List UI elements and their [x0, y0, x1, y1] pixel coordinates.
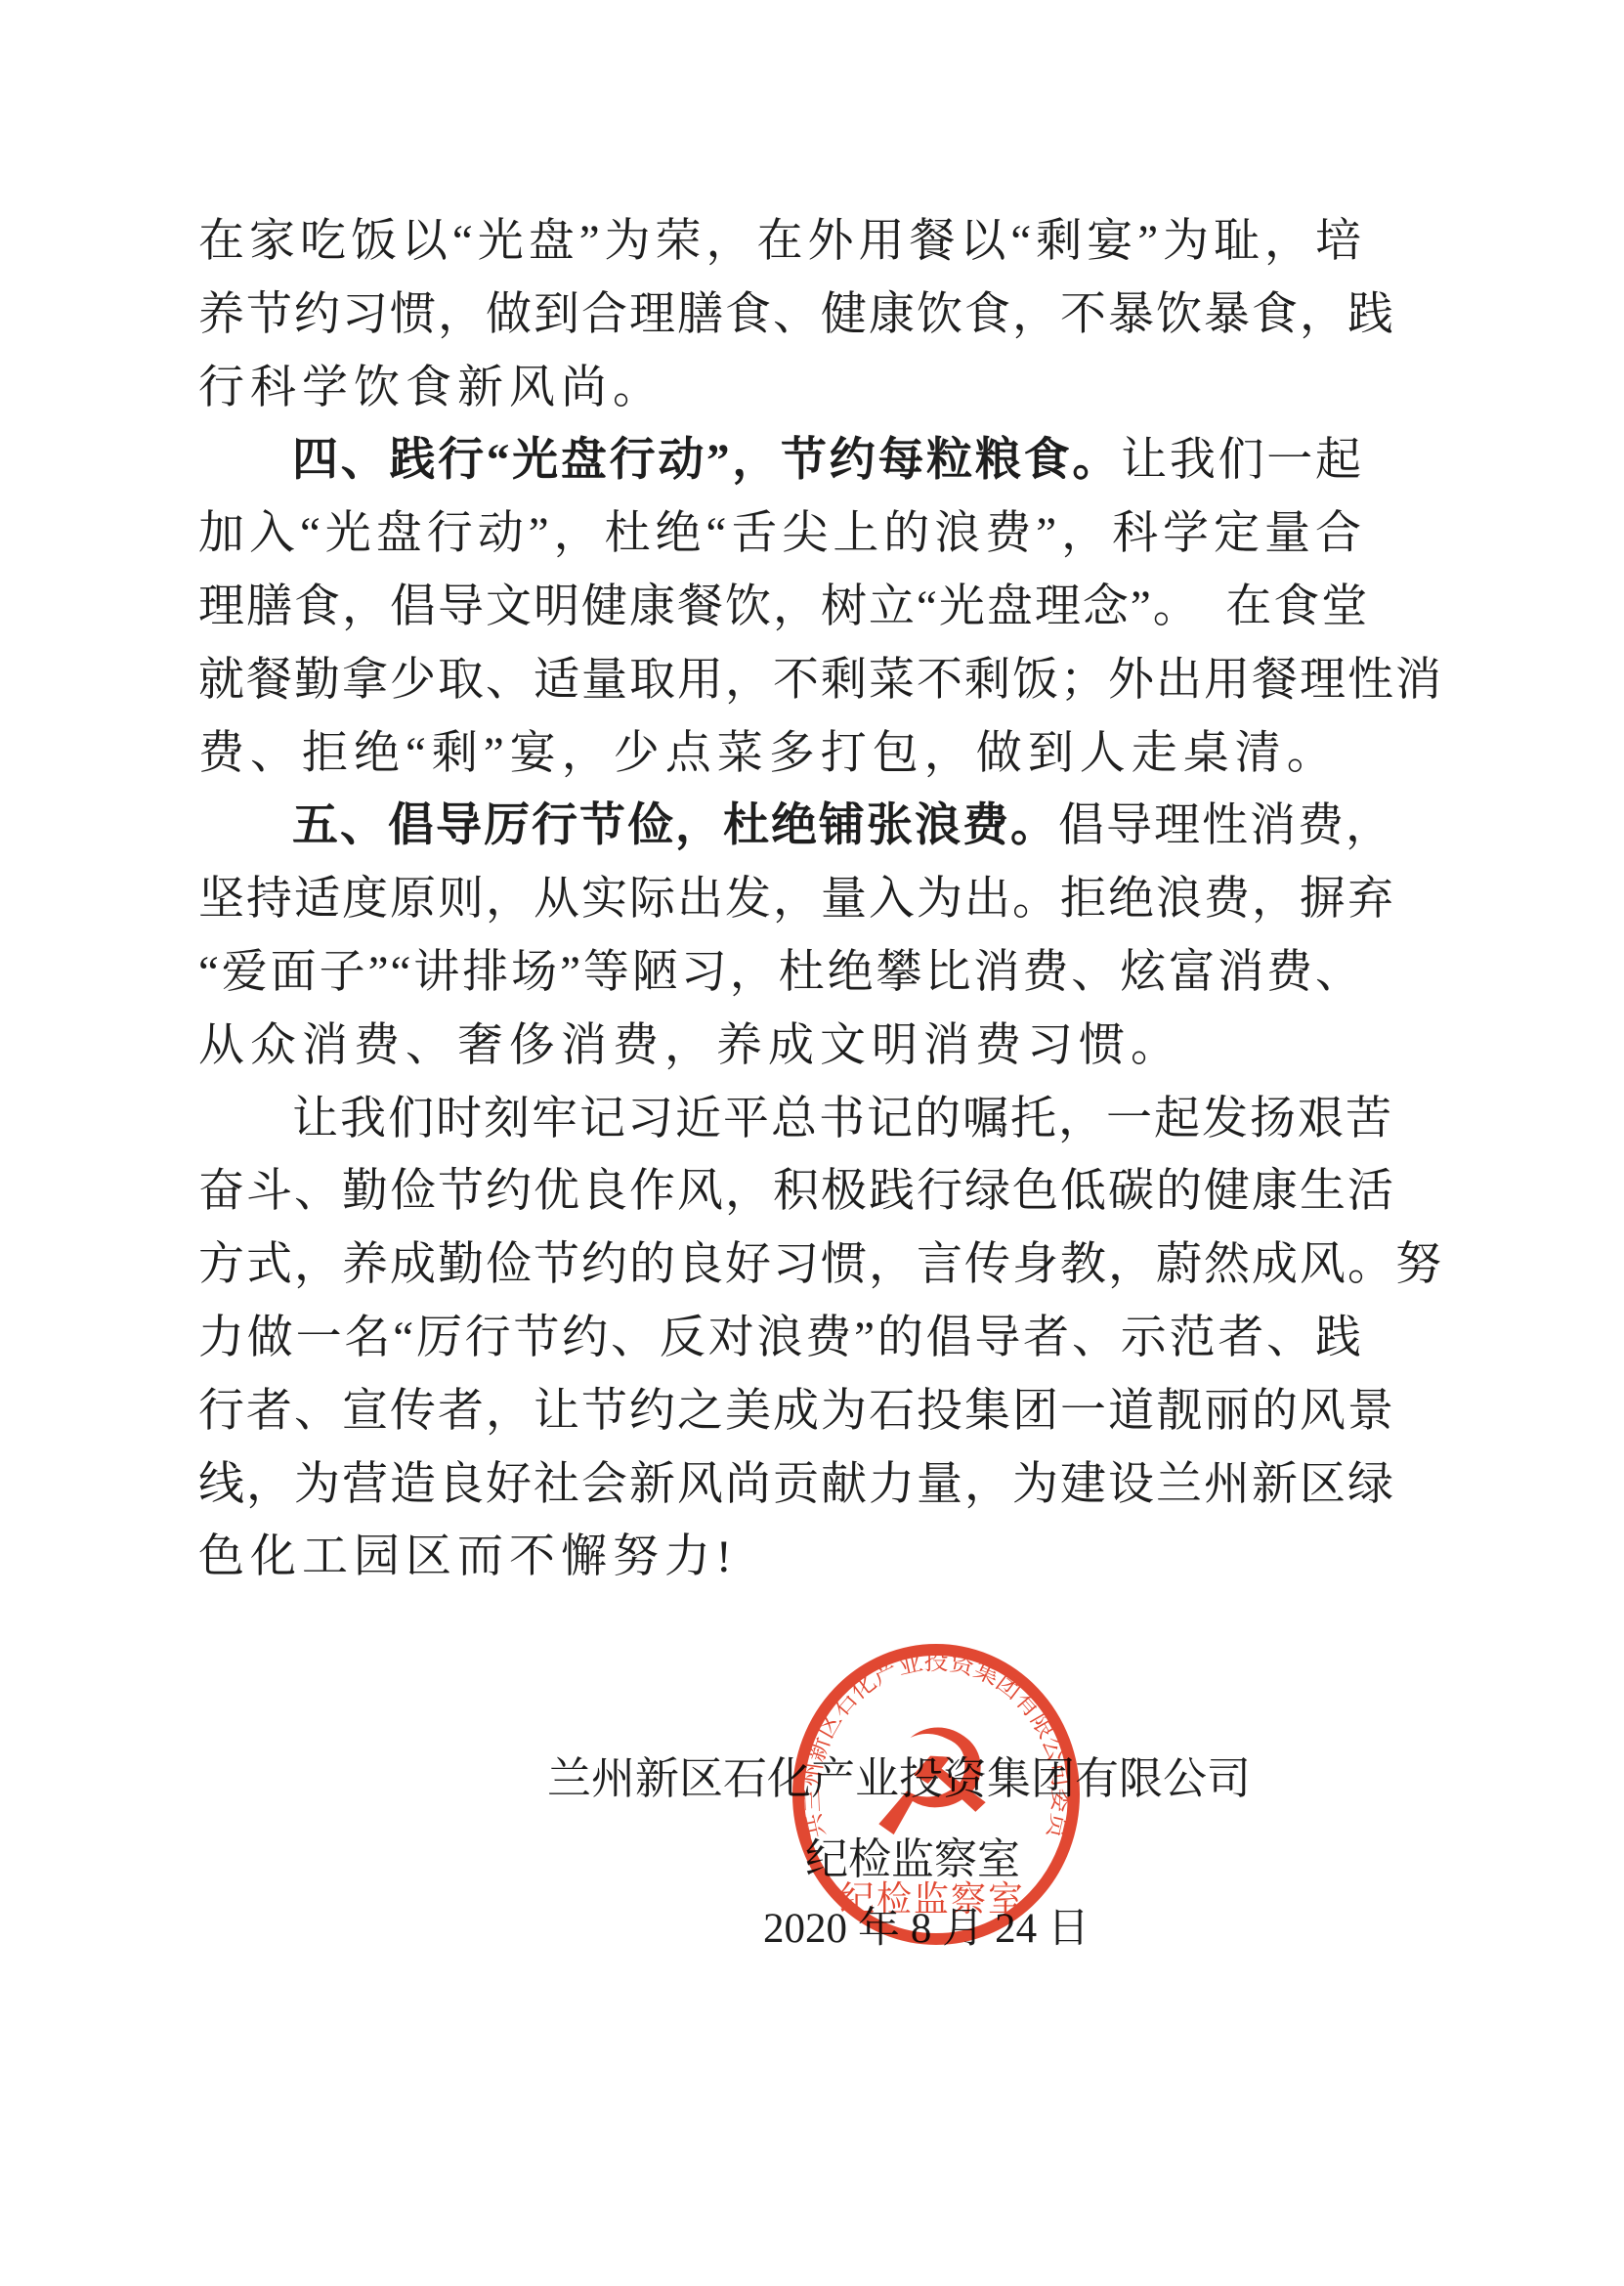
body-line: 力做一名“厉行节约、反对浪费”的倡导者、示范者、践 — [198, 1302, 1363, 1375]
body-line: 方式，养成勤俭节约的良好习惯，言传身教，蔚然成风。努 — [198, 1229, 1363, 1302]
body-line: 行科学饮食新风尚。 — [198, 352, 1363, 425]
seal-bottom-label: 纪检监察室 — [839, 1878, 1025, 1919]
body-line: 加入“光盘行动”，杜绝“舌尖上的浪费”，科学定量合 — [198, 497, 1363, 571]
body-line: 色化工园区而不懈努力! — [198, 1521, 1363, 1594]
official-seal: 中共兰州新区石化产业投资集团有限公司委员会 ☭ 纪检监察室 — [788, 1639, 1085, 1950]
body-line: 费、拒绝“剩”宴，少点菜多打包，做到人走桌清。 — [198, 717, 1363, 791]
document-body: 在家吃饭以“光盘”为荣，在外用餐以“剩宴”为耻，培 养节约习惯，做到合理膳食、健… — [198, 205, 1363, 1594]
document-page: 在家吃饭以“光盘”为荣，在外用餐以“剩宴”为耻，培 养节约习惯，做到合理膳食、健… — [0, 0, 1624, 2286]
body-line: 让我们时刻牢记习近平总书记的嘱托，一起发扬艰苦 — [198, 1083, 1363, 1156]
body-line: 就餐勤拿少取、适量取用，不剩菜不剩饭；外出用餐理性消 — [198, 644, 1363, 717]
body-line: 理膳食，倡导文明健康餐饮，树立“光盘理念”。 在食堂 — [198, 571, 1363, 644]
body-line: 从众消费、奢侈消费，养成文明消费习惯。 — [198, 1010, 1363, 1083]
body-line: 在家吃饭以“光盘”为荣，在外用餐以“剩宴”为耻，培 — [198, 205, 1363, 279]
body-line: 奋斗、勤俭节约优良作风，积极践行绿色低碳的健康生活 — [198, 1155, 1363, 1229]
party-emblem-icon: ☭ — [867, 1702, 998, 1866]
section-heading: 五、倡导厉行节俭，杜绝铺张浪费。 — [292, 800, 1058, 851]
body-line: 线，为营造良好社会新风尚贡献力量，为建设兰州新区绿 — [198, 1448, 1363, 1522]
body-line: 五、倡导厉行节俭，杜绝铺张浪费。倡导理性消费， — [198, 790, 1363, 863]
body-line: 行者、宣传者，让节约之美成为石投集团一道靓丽的风景 — [198, 1375, 1363, 1448]
body-line: 四、践行“光盘行动”，节约每粒粮食。让我们一起 — [198, 424, 1363, 497]
body-line: “爱面子”“讲排场”等陋习，杜绝攀比消费、炫富消费、 — [198, 936, 1363, 1010]
body-line: 养节约习惯，做到合理膳食、健康饮食，不暴饮暴食，践 — [198, 279, 1363, 352]
section-heading: 四、践行“光盘行动”，节约每粒粮食。 — [292, 435, 1121, 486]
body-line: 坚持适度原则，从实际出发，量入为出。拒绝浪费，摒弃 — [198, 863, 1363, 936]
